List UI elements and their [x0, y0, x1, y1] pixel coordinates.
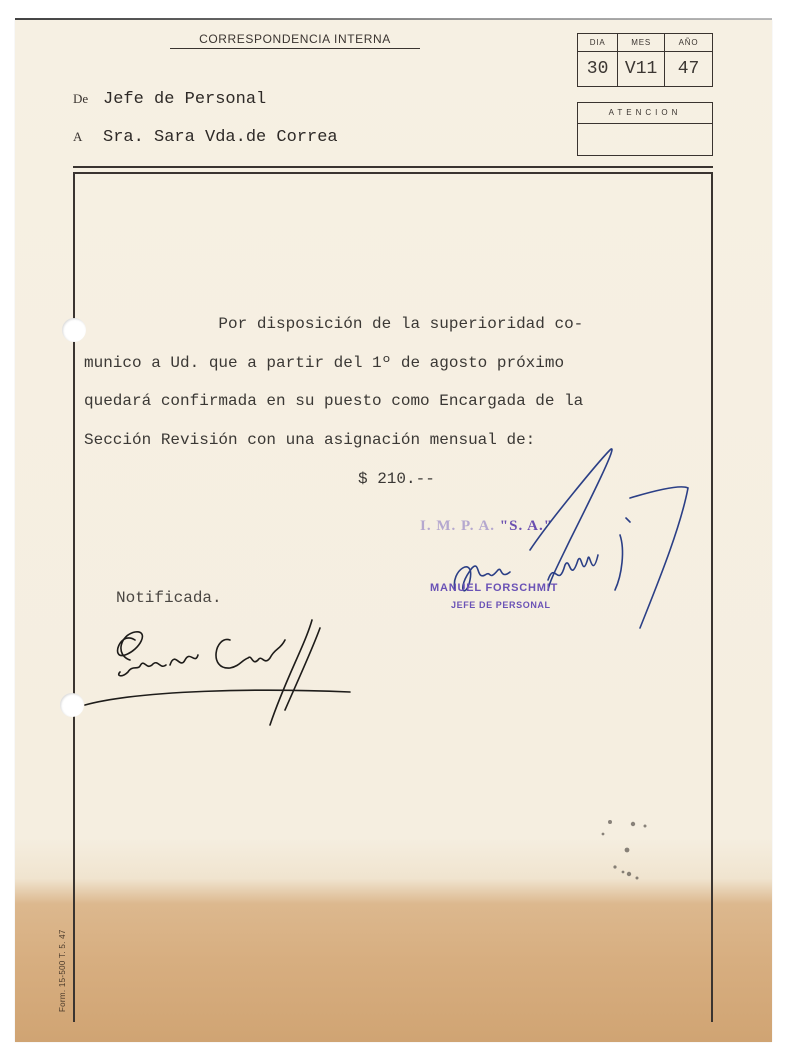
body-line: Por disposición de la superioridad co-: [84, 305, 724, 344]
frame-left-line: [73, 174, 75, 1022]
year-header: AÑO: [665, 34, 712, 52]
body-line: Sección Revisión con una asignación mens…: [84, 421, 724, 460]
month-header: MES: [618, 34, 665, 52]
stamp-role: JEFE DE PERSONAL: [451, 600, 551, 610]
ink-stain-icon: [585, 812, 665, 882]
company-stamp-initials: I. M. P. A.: [420, 518, 495, 534]
from-label: De: [73, 91, 103, 107]
attention-box: ATENCION: [577, 102, 713, 156]
day-header: DIA: [578, 34, 618, 52]
to-value: Sra. Sara Vda.de Correa: [103, 128, 338, 147]
body-line: quedará confirmada en su puesto como Enc…: [84, 382, 724, 421]
year-value: 47: [665, 52, 712, 86]
salary-amount: $ 210.--: [358, 470, 435, 488]
day-value: 30: [578, 52, 618, 86]
form-code: Form. 15-500 T. 5. 47: [58, 929, 67, 1012]
month-value: V11: [618, 52, 665, 86]
company-stamp-sa: "S. A.": [500, 518, 553, 534]
frame-right-line: [711, 174, 713, 1022]
from-field: DeJefe de Personal: [73, 90, 266, 109]
to-label: A: [73, 129, 103, 145]
company-stamp: I. M. P. A. "S. A.": [420, 518, 553, 535]
attention-label: ATENCION: [578, 103, 712, 124]
stamp-name: MANUEL FORSCHMIT: [430, 582, 558, 594]
memo-body: Por disposición de la superioridad co- m…: [84, 305, 724, 459]
to-field: ASra. Sara Vda.de Correa: [73, 128, 338, 147]
date-box: DIA MES AÑO 30 V11 47: [577, 33, 713, 87]
header-divider-top: [73, 166, 713, 168]
punch-hole-top: [62, 318, 86, 342]
body-line: munico a Ud. que a partir del 1º de agos…: [84, 344, 724, 383]
header-title: CORRESPONDENCIA INTERNA: [170, 32, 420, 49]
notified-label: Notificada.: [116, 589, 222, 607]
from-value: Jefe de Personal: [103, 90, 266, 109]
punch-hole-bottom: [60, 693, 84, 717]
header-divider-bottom: [73, 172, 713, 174]
